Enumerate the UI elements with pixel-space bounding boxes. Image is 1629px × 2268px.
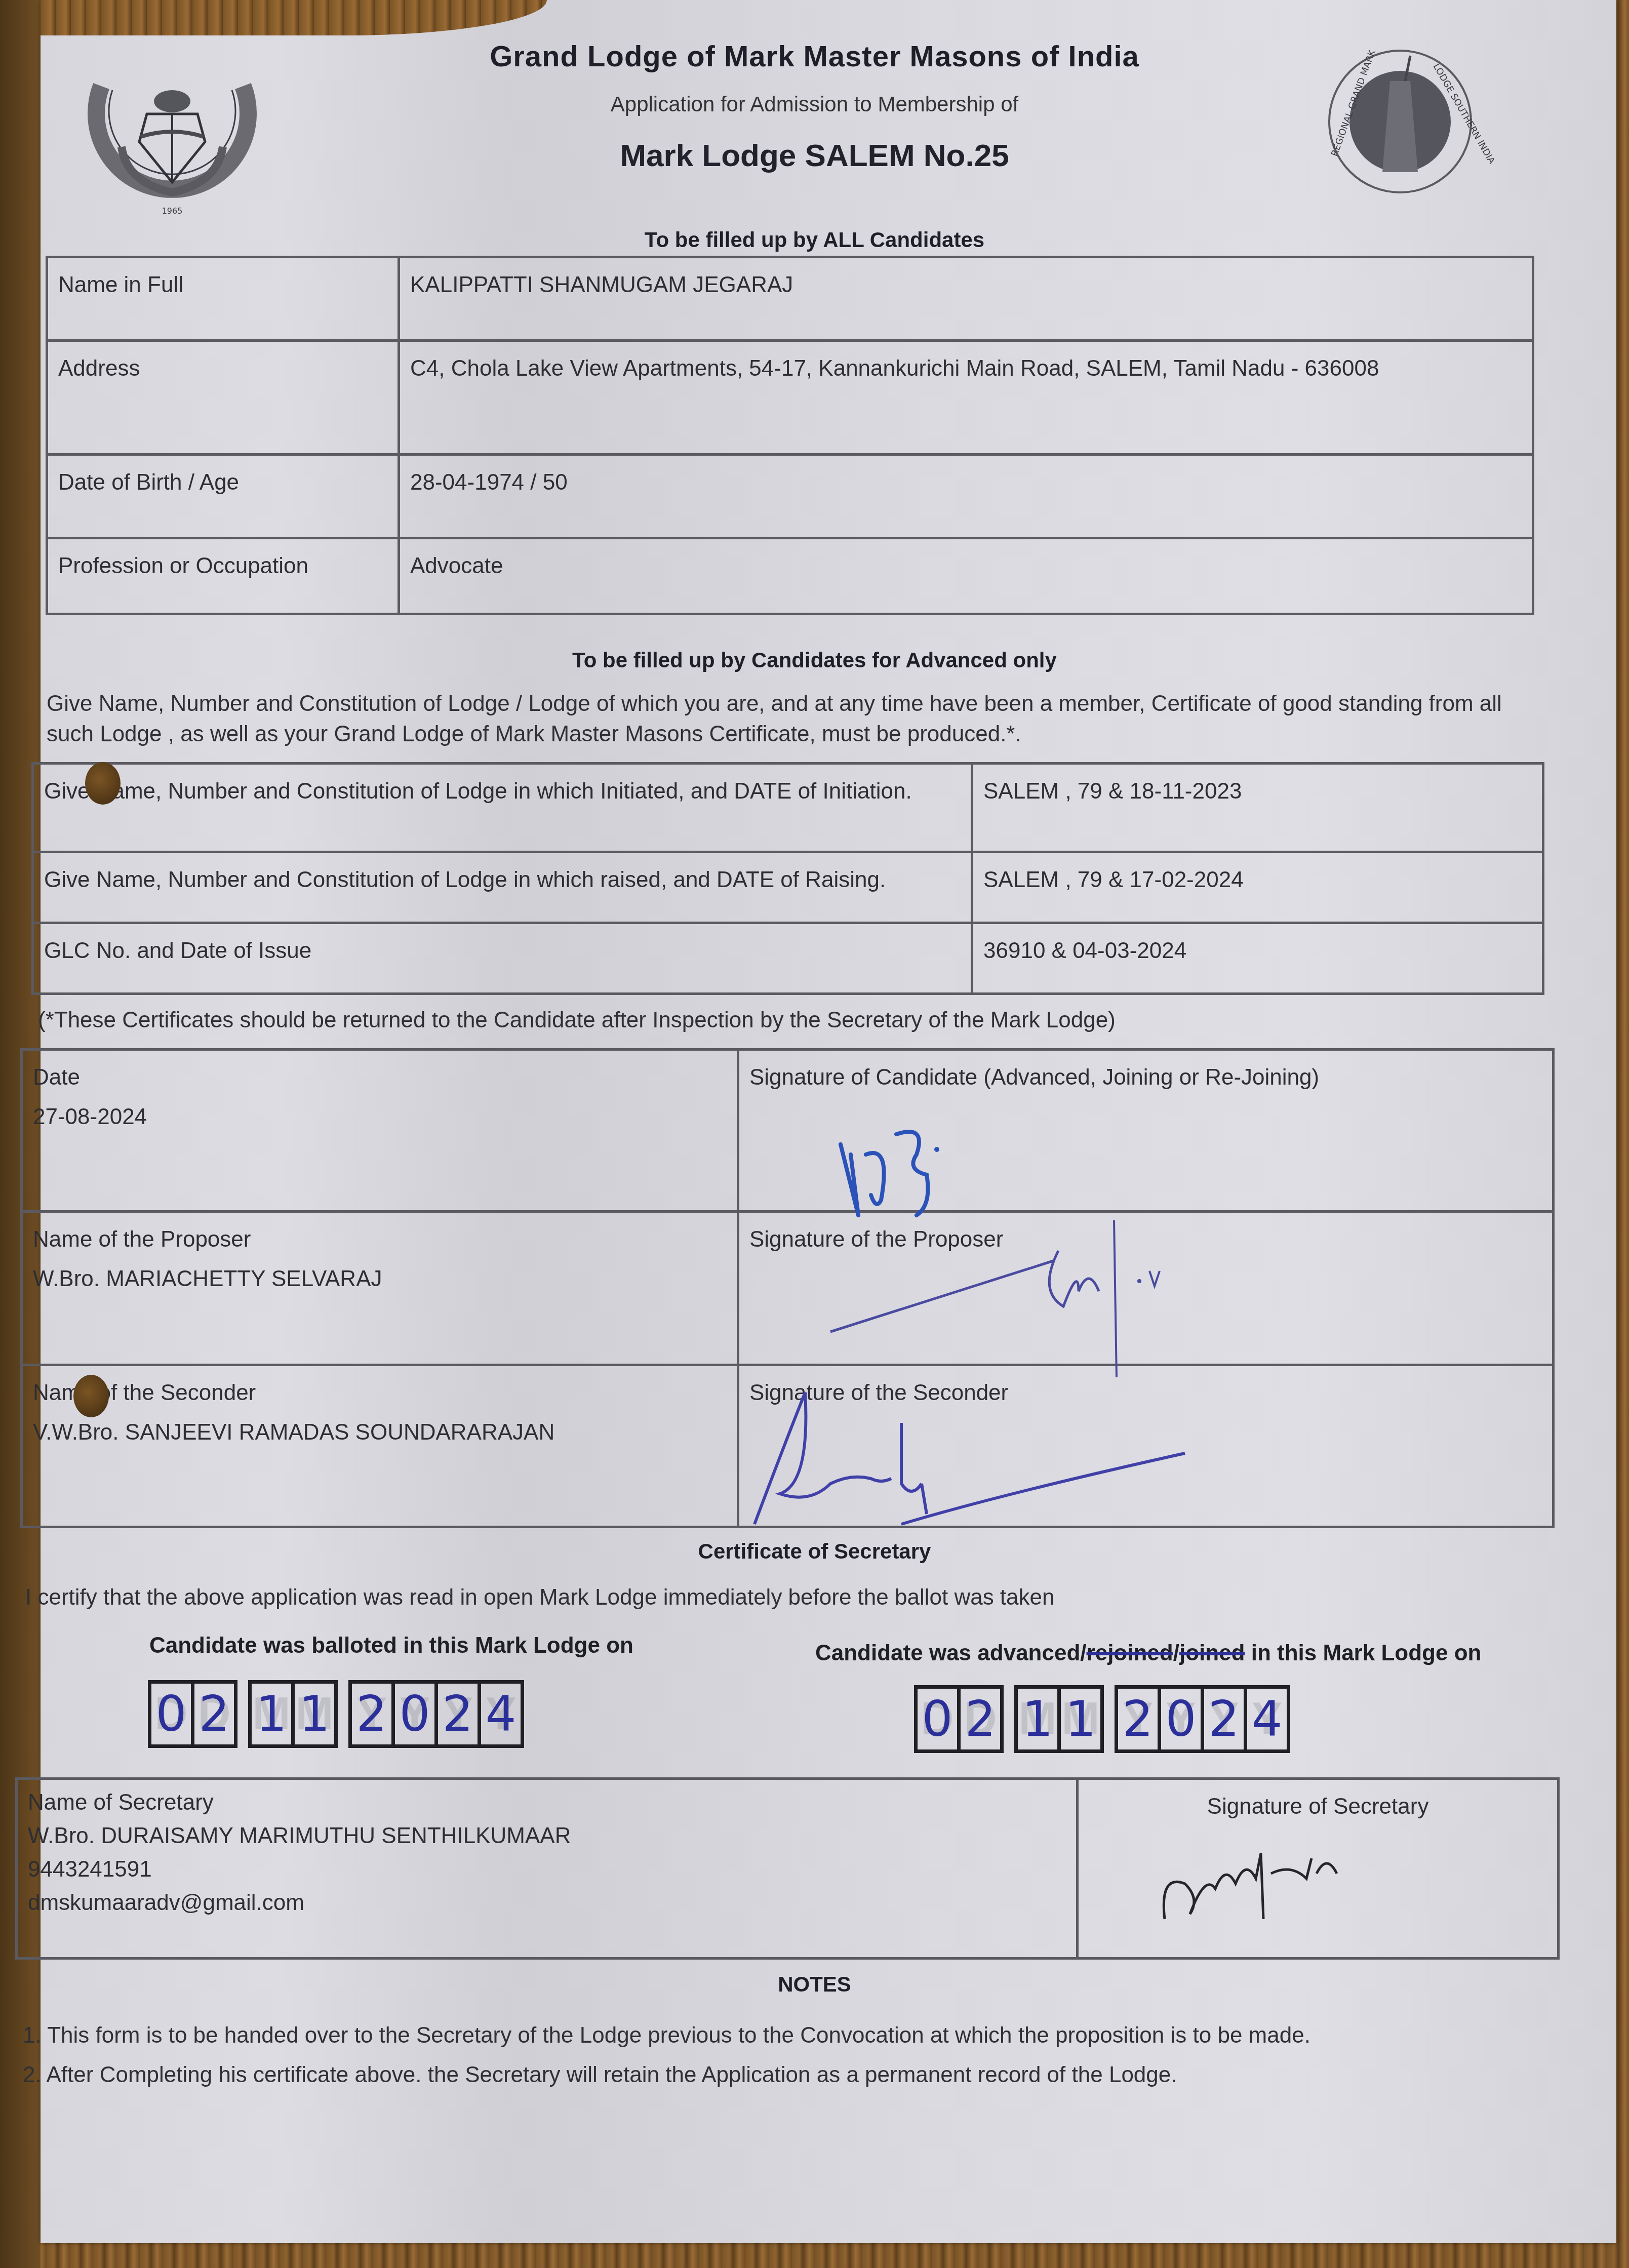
seconder-name[interactable]: V.W.Bro. SANJEEVI RAMADAS SOUNDARARAJAN xyxy=(33,1420,727,1445)
raising-label: Give Name, Number and Constitution of Lo… xyxy=(33,852,972,923)
certificate-statement: I certify that the above application was… xyxy=(25,1582,1055,1613)
punch-hole xyxy=(73,1375,109,1417)
proposer-cell: Name of the Proposer W.Bro. MARIACHETTY … xyxy=(22,1212,738,1365)
date-digit-box[interactable]: M1 xyxy=(248,1680,291,1748)
proposer-name[interactable]: W.Bro. MARIACHETTY SELVARAJ xyxy=(33,1266,727,1292)
table-row: Address C4, Chola Lake View Apartments, … xyxy=(47,341,1533,455)
proposer-signature-icon xyxy=(825,1215,1306,1377)
certificates-footnote: (*These Certificates should be returned … xyxy=(38,1005,1116,1036)
date-digit-box[interactable]: M1 xyxy=(291,1680,338,1748)
address-value[interactable]: C4, Chola Lake View Apartments, 54-17, K… xyxy=(399,341,1533,455)
date-digit-box[interactable]: Y0 xyxy=(1158,1685,1201,1753)
name-label: Name in Full xyxy=(47,257,399,341)
handwritten-digit: 0 xyxy=(1161,1689,1201,1749)
date-digit-box[interactable]: D0 xyxy=(914,1685,957,1753)
certificate-heading: Certificate of Secretary xyxy=(0,1539,1629,1564)
secretary-email[interactable]: dmskumaaradv@gmail.com xyxy=(28,1886,1066,1920)
profession-value[interactable]: Advocate xyxy=(399,538,1533,614)
secretary-signature-label: Signature of Secretary xyxy=(1089,1794,1547,1819)
note-item: 1. This form is to be handed over to the… xyxy=(23,2020,1567,2051)
handwritten-digit: 2 xyxy=(1118,1689,1158,1749)
date-box-group: D0D2 xyxy=(148,1680,237,1748)
advanced-label-suffix: in this Mark Lodge on xyxy=(1245,1641,1481,1665)
handwritten-digit: 2 xyxy=(438,1684,478,1744)
date-digit-box[interactable]: Y2 xyxy=(434,1680,478,1748)
notes-heading: NOTES xyxy=(0,1972,1629,1997)
date-box-group: Y2Y0Y2Y4 xyxy=(1115,1685,1290,1753)
table-row: Name in Full KALIPPATTI SHANMUGAM JEGARA… xyxy=(47,257,1533,341)
name-value[interactable]: KALIPPATTI SHANMUGAM JEGARAJ xyxy=(399,257,1533,341)
note-item: 2. After Completing his certificate abov… xyxy=(23,2060,1567,2090)
dob-age-value[interactable]: 28-04-1974 / 50 xyxy=(399,455,1533,538)
date-box-group: M1M1 xyxy=(1014,1685,1104,1753)
date-digit-box[interactable]: D2 xyxy=(957,1685,1004,1753)
glc-label: GLC No. and Date of Issue xyxy=(33,923,972,994)
advanced-label-separator: / xyxy=(1173,1641,1179,1665)
candidate-details-table: Name in Full KALIPPATTI SHANMUGAM JEGARA… xyxy=(46,256,1534,615)
date-digit-box[interactable]: Y2 xyxy=(348,1680,391,1748)
initiation-value[interactable]: SALEM , 79 & 18-11-2023 xyxy=(972,764,1543,852)
table-row: GLC No. and Date of Issue 36910 & 04-03-… xyxy=(33,923,1543,994)
handwritten-digit: 2 xyxy=(352,1684,391,1744)
profession-label: Profession or Occupation xyxy=(47,538,399,614)
section-heading-advanced: To be filled up by Candidates for Advanc… xyxy=(0,648,1629,672)
date-digit-box[interactable]: D0 xyxy=(148,1680,191,1748)
glc-value[interactable]: 36910 & 04-03-2024 xyxy=(972,923,1543,994)
handwritten-digit: 2 xyxy=(961,1689,1000,1749)
handwritten-digit: 0 xyxy=(395,1684,434,1744)
address-label: Address xyxy=(47,341,399,455)
date-digit-box[interactable]: Y2 xyxy=(1201,1685,1244,1753)
seconder-cell: Name of the Seconder V.W.Bro. SANJEEVI R… xyxy=(22,1365,738,1527)
date-label: Date xyxy=(33,1065,80,1090)
table-row: Date of Birth / Age 28-04-1974 / 50 xyxy=(47,455,1533,538)
handwritten-digit: 1 xyxy=(1061,1689,1100,1749)
date-digit-box[interactable]: Y0 xyxy=(391,1680,434,1748)
handwritten-digit: 1 xyxy=(252,1684,291,1744)
table-row: Profession or Occupation Advocate xyxy=(47,538,1533,614)
secretary-signature-icon xyxy=(1155,1843,1357,1924)
advanced-label: Candidate was advanced/rejoined/joined i… xyxy=(815,1641,1481,1666)
struck-rejoined: rejoined xyxy=(1087,1641,1173,1665)
proposer-name-label: Name of the Proposer xyxy=(33,1227,251,1252)
date-digit-box[interactable]: M1 xyxy=(1014,1685,1057,1753)
handwritten-digit: 1 xyxy=(1018,1689,1057,1749)
date-box-group: Y2Y0Y2Y4 xyxy=(348,1680,524,1748)
table-row: Date 27-08-2024 Signature of Candidate (… xyxy=(22,1050,1554,1212)
table-row: Name of the Proposer W.Bro. MARIACHETTY … xyxy=(22,1212,1554,1365)
handwritten-digit: 4 xyxy=(1247,1689,1287,1749)
balloted-label: Candidate was balloted in this Mark Lodg… xyxy=(149,1633,633,1658)
advanced-label-prefix: Candidate was advanced/ xyxy=(815,1641,1087,1665)
date-box-group: D0D2 xyxy=(914,1685,1004,1753)
date-cell: Date 27-08-2024 xyxy=(22,1050,738,1212)
handwritten-digit: 1 xyxy=(295,1684,334,1744)
application-subtitle: Application for Admission to Membership … xyxy=(0,92,1629,116)
secretary-phone[interactable]: 9443241591 xyxy=(28,1853,1066,1886)
date-digit-box[interactable]: M1 xyxy=(1057,1685,1104,1753)
handwritten-digit: 0 xyxy=(151,1684,191,1744)
handwritten-digit: 4 xyxy=(481,1684,521,1744)
candidate-signature-label: Signature of Candidate (Advanced, Joinin… xyxy=(749,1065,1319,1090)
date-box-group: M1M1 xyxy=(248,1680,338,1748)
notes-list: 1. This form is to be handed over to the… xyxy=(23,2020,1567,2090)
handwritten-digit: 0 xyxy=(918,1689,957,1749)
date-digit-box[interactable]: Y2 xyxy=(1115,1685,1158,1753)
date-digit-box[interactable]: Y4 xyxy=(478,1680,524,1748)
seconder-signature-icon xyxy=(749,1382,1205,1534)
secretary-details-cell: Name of Secretary W.Bro. DURAISAMY MARIM… xyxy=(17,1779,1078,1959)
date-digit-box[interactable]: D2 xyxy=(191,1680,237,1748)
raising-value[interactable]: SALEM , 79 & 17-02-2024 xyxy=(972,852,1543,923)
table-row: Give Name, Number and Constitution of Lo… xyxy=(33,852,1543,923)
initiation-label: Give Name, Number and Constitution of Lo… xyxy=(33,764,972,852)
advanced-details-table: Give Name, Number and Constitution of Lo… xyxy=(31,762,1544,995)
seconder-name-label: Name of the Seconder xyxy=(33,1380,256,1405)
dob-age-label: Date of Birth / Age xyxy=(47,455,399,538)
date-digit-box[interactable]: Y4 xyxy=(1244,1685,1290,1753)
lodge-name: Mark Lodge SALEM No.25 xyxy=(0,138,1629,174)
struck-joined: joined xyxy=(1179,1641,1245,1665)
section-heading-all-candidates: To be filled up by ALL Candidates xyxy=(0,228,1629,252)
handwritten-digit: 2 xyxy=(194,1684,234,1744)
date-value[interactable]: 27-08-2024 xyxy=(33,1104,727,1130)
advanced-instructions: Give Name, Number and Constitution of Lo… xyxy=(47,689,1530,749)
table-row: Give Name, Number and Constitution of Lo… xyxy=(33,764,1543,852)
secretary-name-label: Name of Secretary xyxy=(28,1786,1066,1819)
svg-text:1965: 1965 xyxy=(162,206,183,216)
secretary-name[interactable]: W.Bro. DURAISAMY MARIMUTHU SENTHILKUMAAR xyxy=(28,1819,1066,1853)
org-title: Grand Lodge of Mark Master Masons of Ind… xyxy=(0,39,1629,73)
candidate-signature-icon xyxy=(830,1124,1094,1225)
handwritten-digit: 2 xyxy=(1204,1689,1244,1749)
punch-hole xyxy=(85,762,121,805)
